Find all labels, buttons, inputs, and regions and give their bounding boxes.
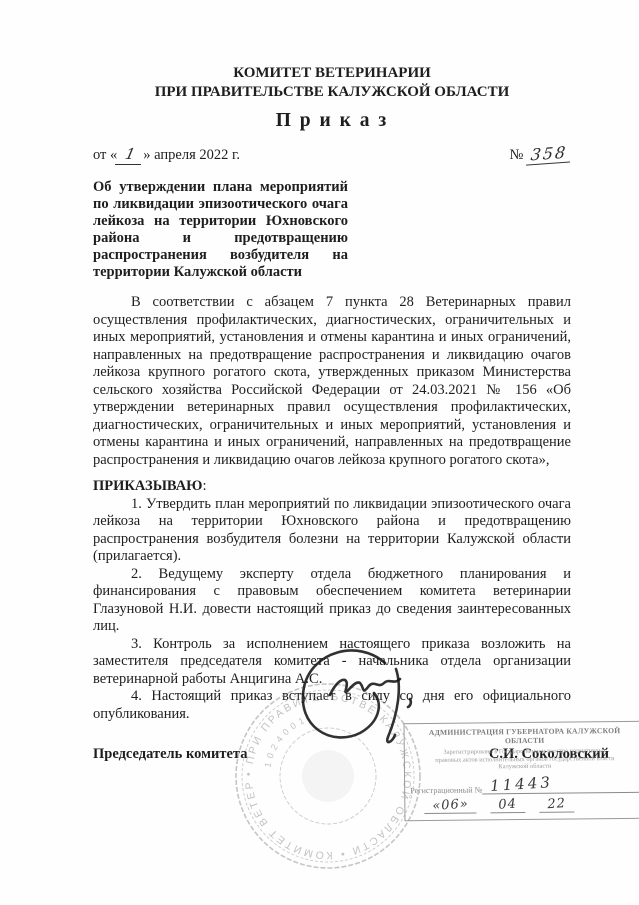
order-item-2: 2. Ведущему эксперту отдела бюджетного п…: [93, 566, 571, 636]
signer-position: Председатель комитета: [93, 746, 247, 764]
number-label: №: [510, 147, 524, 163]
order-word-colon: :: [203, 478, 207, 494]
date-number-row: от «1» апреля 2022 г. № 358: [93, 145, 571, 165]
subject-paragraph: Об утверждении плана мероприятий по ликв…: [93, 179, 348, 281]
registration-stamp: АДМИНИСТРАЦИЯ ГУБЕРНАТОРА КАЛУЖСКОЙ ОБЛА…: [403, 721, 639, 821]
org-name-line2: ПРИ ПРАВИТЕЛЬСТВЕ КАЛУЖСКОЙ ОБЛАСТИ: [93, 83, 571, 102]
reg-number-row: Регистрационный № 11443: [410, 774, 639, 795]
date-prefix: от «: [93, 147, 117, 163]
org-name-line1: КОМИТЕТ ВЕТЕРИНАРИИ: [93, 64, 571, 83]
date-suffix: » апреля 2022 г.: [143, 147, 240, 163]
preamble-paragraph: В соответствии с абзацем 7 пункта 28 Вет…: [93, 294, 571, 469]
handwritten-day: 1: [115, 146, 145, 165]
reg-date-row: «06» 04 22: [410, 796, 639, 814]
order-item-4: 4. Настоящий приказ вступает в силу со д…: [93, 688, 571, 723]
document-type-title: П р и к а з: [93, 112, 571, 130]
reg-date-day: «06»: [424, 797, 477, 814]
order-word: ПРИКАЗЫВАЮ:: [93, 478, 571, 496]
handwritten-number: 358: [526, 143, 572, 165]
document-content: КОМИТЕТ ВЕТЕРИНАРИИ ПРИ ПРАВИТЕЛЬСТВЕ КА…: [93, 64, 571, 764]
reg-number-line: 11443: [482, 774, 639, 795]
document-date: от «1» апреля 2022 г.: [93, 146, 240, 165]
document-number: № 358: [510, 145, 571, 165]
document-page: КОМИТЕТ ВЕТЕРИНАРИИ ПРИ ПРАВИТЕЛЬСТВЕ КА…: [0, 0, 639, 905]
reg-date-year: 22: [539, 796, 574, 812]
reg-date-month: 04: [491, 797, 526, 813]
reg-stamp-title: АДМИНИСТРАЦИЯ ГУБЕРНАТОРА КАЛУЖСКОЙ ОБЛА…: [410, 726, 639, 746]
order-item-3: 3. Контроль за исполнением настоящего пр…: [93, 636, 571, 689]
org-header: КОМИТЕТ ВЕТЕРИНАРИИ ПРИ ПРАВИТЕЛЬСТВЕ КА…: [93, 64, 571, 101]
reg-number-label: Регистрационный №: [410, 785, 482, 795]
handwritten-reg-number: 11443: [490, 773, 554, 795]
reg-stamp-text: Зарегистрировано в Государственном реест…: [410, 747, 639, 772]
order-item-1: 1. Утвердить план мероприятий по ликвида…: [93, 496, 571, 566]
